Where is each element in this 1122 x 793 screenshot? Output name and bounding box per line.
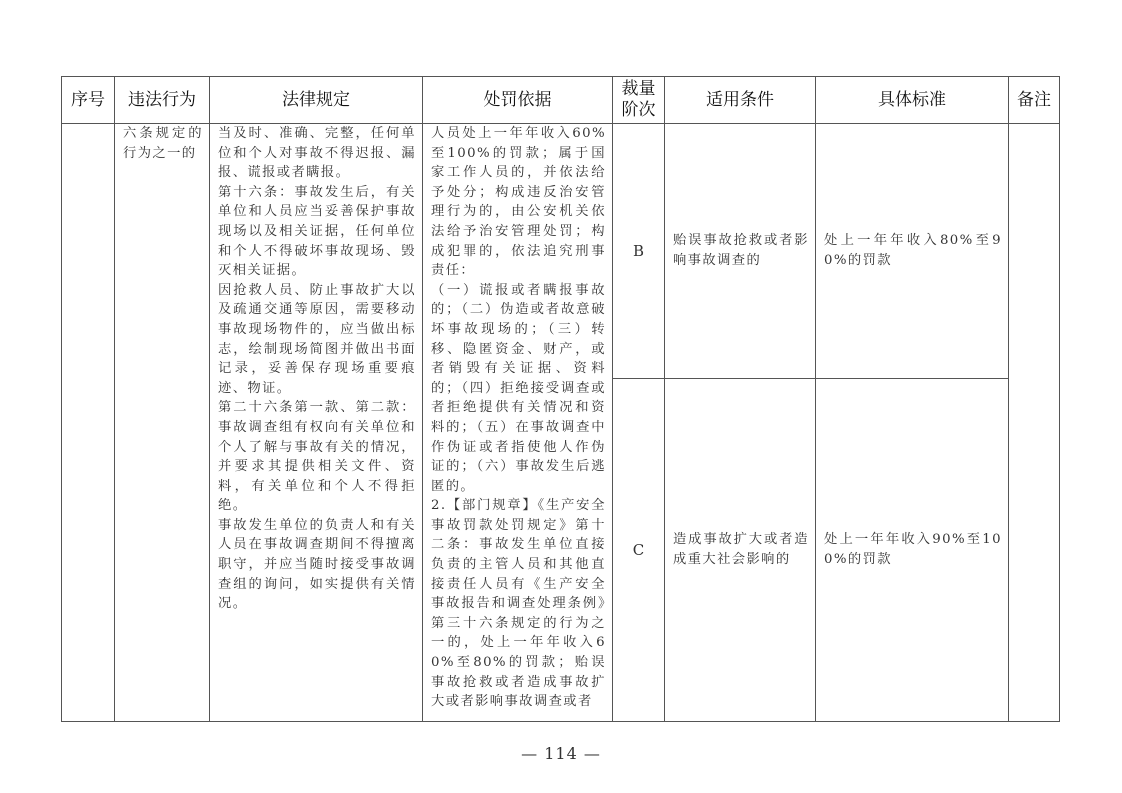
header-law: 法律规定 [210,77,423,124]
standard-cell-c: 处上一年年收入90%至100%的罚款 [816,379,1009,722]
law-text: 当及时、准确、完整，任何单位和个人对事故不得迟报、漏报、谎报或者瞒报。 第十六条… [210,124,422,614]
law-paragraph: 事故发生单位的负责人和有关人员在事故调查期间不得擅离职守，并应当随时接受事故调查… [218,516,416,614]
header-standard: 具体标准 [816,77,1009,124]
law-cell: 当及时、准确、完整，任何单位和个人对事故不得迟报、漏报、谎报或者瞒报。 第十六条… [210,124,423,722]
basis-text: 人员处上一年年收入60%至100%的罚款；属于国家工作人员的，并依法给予处分；构… [423,124,612,712]
header-basis: 处罚依据 [423,77,613,124]
seq-cell [62,124,115,722]
law-paragraph: 第二十六条第一款、第二款：事故调查组有权向有关单位和个人了解与事故有关的情况，并… [218,398,416,516]
basis-paragraph: 人员处上一年年收入60%至100%的罚款；属于国家工作人员的，并依法给予处分；构… [431,124,606,281]
condition-cell-c: 造成事故扩大或者造成重大社会影响的 [665,379,816,722]
header-seq: 序号 [62,77,115,124]
basis-paragraph: 2.【部门规章】《生产安全事故罚款处罚规定》第十二条：事故发生单位直接负责的主管… [431,496,606,712]
violation-cell: 六条规定的行为之一的 [115,124,210,722]
note-cell [1009,124,1060,722]
header-violation: 违法行为 [115,77,210,124]
header-level: 裁量 阶次 [613,77,665,124]
table-header-row: 序号 违法行为 法律规定 处罚依据 裁量 阶次 适用条件 具体标准 备注 [62,77,1060,124]
header-condition: 适用条件 [665,77,816,124]
standard-cell-b: 处上一年年收入80%至90%的罚款 [816,124,1009,379]
header-level-line2: 阶次 [613,100,664,121]
page-number: — 114 — [0,744,1122,763]
penalty-standards-table: 序号 违法行为 法律规定 处罚依据 裁量 阶次 适用条件 具体标准 备注 六条规… [61,76,1060,722]
table-row: 六条规定的行为之一的 当及时、准确、完整，任何单位和个人对事故不得迟报、漏报、谎… [62,124,1060,379]
violation-text: 六条规定的行为之一的 [115,124,209,163]
basis-cell: 人员处上一年年收入60%至100%的罚款；属于国家工作人员的，并依法给予处分；构… [423,124,613,722]
law-paragraph: 当及时、准确、完整，任何单位和个人对事故不得迟报、漏报、谎报或者瞒报。 [218,124,416,183]
condition-cell-b: 贻误事故抢救或者影响事故调查的 [665,124,816,379]
level-cell-b: B [613,124,665,379]
law-paragraph: 因抢救人员、防止事故扩大以及疏通交通等原因，需要移动事故现场物件的，应当做出标志… [218,281,416,399]
header-note: 备注 [1009,77,1060,124]
header-level-line1: 裁量 [613,79,664,100]
law-paragraph: 第十六条：事故发生后，有关单位和人员应当妥善保护事故现场以及相关证据，任何单位和… [218,183,416,281]
level-cell-c: C [613,379,665,722]
basis-paragraph: （一）谎报或者瞒报事故的；（二）伪造或者故意破坏事故现场的；（三）转移、隐匿资金… [431,281,606,497]
